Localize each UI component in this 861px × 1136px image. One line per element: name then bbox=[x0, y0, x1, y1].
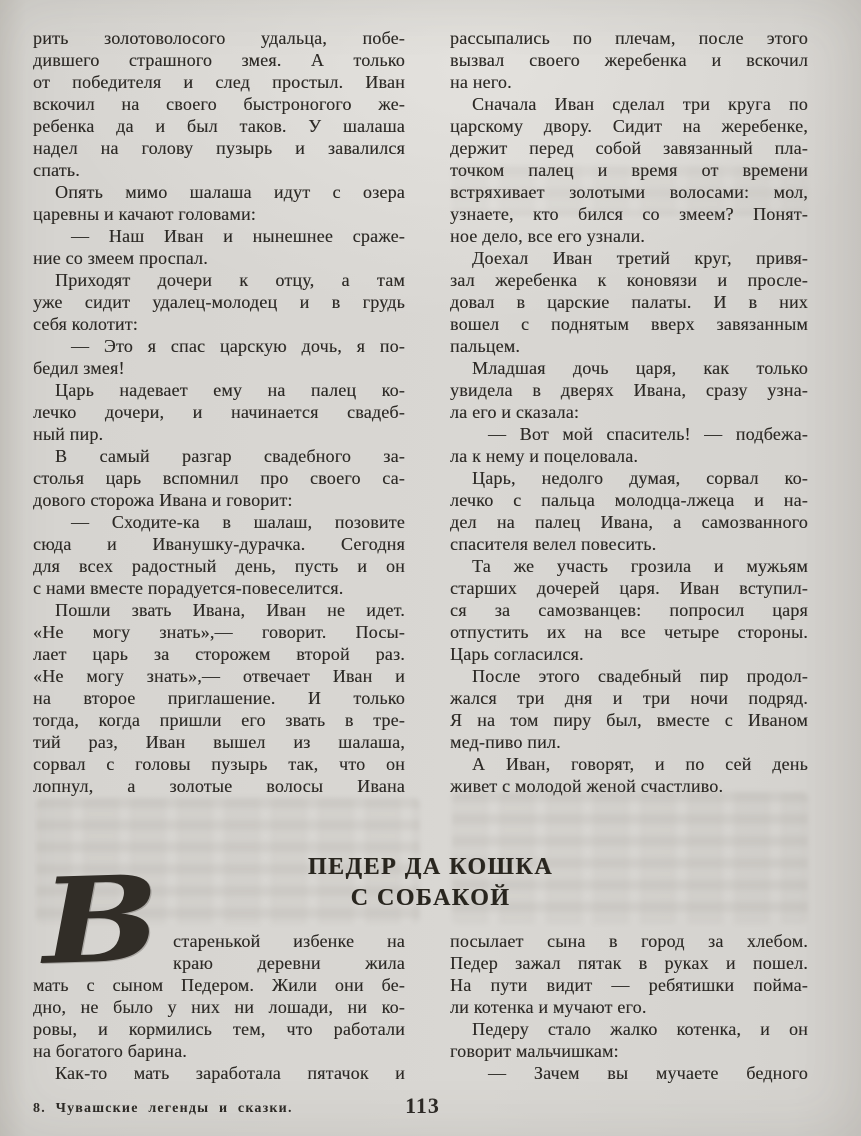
story2-right-column: посылает сына в город за хлебом.Педер за… bbox=[450, 930, 808, 1084]
text-line: В самый разгар свадебного за- bbox=[33, 445, 405, 467]
text-line: «Не могу знать»,— говорит. Посы- bbox=[33, 621, 405, 643]
text-line: старенькой избенке на bbox=[173, 930, 405, 952]
paragraph: — Вот мой спаситель! — подбежа-ла к нему… bbox=[450, 423, 808, 467]
text-line: — Зачем вы мучаете бедного bbox=[450, 1062, 808, 1084]
page-number: 113 bbox=[0, 1093, 845, 1119]
text-line: сюда и Иванушку-дурачка. Сегодня bbox=[33, 533, 405, 555]
text-line: держит перед собой завязанный пла- bbox=[450, 137, 808, 159]
text-line: ный пир. bbox=[33, 423, 405, 445]
book-page: рить золотоволосого удальца, побе-дившег… bbox=[0, 0, 861, 1136]
paragraph: Как-то мать заработала пятачок и bbox=[33, 1062, 405, 1084]
text-line: старших дочерей царя. Иван вступил- bbox=[450, 577, 808, 599]
text-line: ла его и сказала: bbox=[450, 401, 808, 423]
paragraph: А Иван, говорят, и по сей деньживет с мо… bbox=[450, 753, 808, 797]
paragraph: — Наш Иван и нынешнее сраже-ние со змеем… bbox=[33, 225, 405, 269]
text-line: лечко дочери, и начинается свадеб- bbox=[33, 401, 405, 423]
text-line: жался три дня и три ночи подряд. bbox=[450, 687, 808, 709]
paragraph: посылает сына в город за хлебом.Педер за… bbox=[450, 930, 808, 1018]
text-line: дившего страшного змея. А только bbox=[33, 49, 405, 71]
text-line: надел на голову пузырь и завалился bbox=[33, 137, 405, 159]
story2-left-column: старенькой избенке накраю деревни жилама… bbox=[33, 930, 405, 1084]
text-line: Как-то мать заработала пятачок и bbox=[33, 1062, 405, 1084]
text-line: — Сходите-ка в шалаш, позовите bbox=[33, 511, 405, 533]
text-line: лечко с пальца молодца-лжеца и на- bbox=[450, 489, 808, 511]
paragraph: старенькой избенке накраю деревни жилама… bbox=[33, 930, 405, 1062]
text-line: на богатого барина. bbox=[33, 1040, 405, 1062]
text-line: Та же участь грозила и мужьям bbox=[450, 555, 808, 577]
text-line: с нами вместе порадуется-повеселится. bbox=[33, 577, 405, 599]
text-line: Пошли звать Ивана, Иван не идет. bbox=[33, 599, 405, 621]
text-line: ла к нему и поцеловала. bbox=[450, 445, 808, 467]
text-line: Я на том пиру был, вместе с Иваном bbox=[450, 709, 808, 731]
text-line: рить золотоволосого удальца, побе- bbox=[33, 27, 405, 49]
text-line: Педер зажал пятак в руках и пошел. bbox=[450, 952, 808, 974]
paragraph: Сначала Иван сделал три круга поцарскому… bbox=[450, 93, 808, 247]
text-line: краю деревни жила bbox=[173, 952, 405, 974]
paragraph: В самый разгар свадебного за-столья царь… bbox=[33, 445, 405, 511]
paragraph: Царь, недолго думая, сорвал ко-лечко с п… bbox=[450, 467, 808, 555]
text-line: Царь, недолго думая, сорвал ко- bbox=[450, 467, 808, 489]
text-line: Доехал Иван третий круг, привя- bbox=[450, 247, 808, 269]
text-line: узнаете, кто бился со змеем? Понят- bbox=[450, 203, 808, 225]
text-line: ровы, и кормились тем, что работали bbox=[33, 1018, 405, 1040]
text-line: от победителя и след простыл. Иван bbox=[33, 71, 405, 93]
text-line: дел на палец Ивана, а самозванного bbox=[450, 511, 808, 533]
text-line: На пути видит — ребятишки пойма- bbox=[450, 974, 808, 996]
paragraph: После этого свадебный пир продол-жался т… bbox=[450, 665, 808, 753]
text-line: А Иван, говорят, и по сей день bbox=[450, 753, 808, 775]
text-line: лает царь за сторожем второй раз. bbox=[33, 643, 405, 665]
paragraph: Доехал Иван третий круг, привя-зал жереб… bbox=[450, 247, 808, 357]
text-line: вызвал своего жеребенка и вскочил bbox=[450, 49, 808, 71]
text-line: ное дело, все его узнали. bbox=[450, 225, 808, 247]
paragraph: Младшая дочь царя, как толькоувидела в д… bbox=[450, 357, 808, 423]
text-line: рассыпались по плечам, после этого bbox=[450, 27, 808, 49]
text-line: себя колотит: bbox=[33, 313, 405, 335]
text-line: ся за самозванцев: попросил царя bbox=[450, 599, 808, 621]
text-line: отпустить их на все четыре стороны. bbox=[450, 621, 808, 643]
paragraph: Приходят дочери к отцу, а тамуже сидит у… bbox=[33, 269, 405, 335]
paragraph: Педеру стало жалко котенка, и онговорит … bbox=[450, 1018, 808, 1062]
paragraph: Пошли звать Ивана, Иван не идет.«Не могу… bbox=[33, 599, 405, 797]
text-line: довал в царские палаты. И в них bbox=[450, 291, 808, 313]
text-line: уже сидит удалец-молодец и в грудь bbox=[33, 291, 405, 313]
text-line: дно, не было у них ни лошади, ни ко- bbox=[33, 996, 405, 1018]
text-line: «Не могу знать»,— отвечает Иван и bbox=[33, 665, 405, 687]
text-line: царевны и качают головами: bbox=[33, 203, 405, 225]
paragraph: рассыпались по плечам, после этоговызвал… bbox=[450, 27, 808, 93]
text-line: на него. bbox=[450, 71, 808, 93]
text-line: Царь согласился. bbox=[450, 643, 808, 665]
paragraph: — Зачем вы мучаете бедного bbox=[450, 1062, 808, 1084]
text-line: мать с сыном Педером. Жили они бе- bbox=[33, 974, 405, 996]
text-line: вошел с поднятым вверх завязанным bbox=[450, 313, 808, 335]
text-line: ребенка да и был таков. У шалаша bbox=[33, 115, 405, 137]
text-line: — Наш Иван и нынешнее сраже- bbox=[33, 225, 405, 247]
text-line: пальцем. bbox=[450, 335, 808, 357]
text-line: Педеру стало жалко котенка, и он bbox=[450, 1018, 808, 1040]
text-line: живет с молодой женой счастливо. bbox=[450, 775, 808, 797]
text-line: встряхивает золотыми волосами: мол, bbox=[450, 181, 808, 203]
text-line: После этого свадебный пир продол- bbox=[450, 665, 808, 687]
text-line: вскочил на своего быстроногого же- bbox=[33, 93, 405, 115]
text-line: ние со змеем проспал. bbox=[33, 247, 405, 269]
text-line: зал жеребенка к коновязи и просле- bbox=[450, 269, 808, 291]
text-line: — Вот мой спаситель! — подбежа- bbox=[450, 423, 808, 445]
text-line: тий раз, Иван вышел из шалаша, bbox=[33, 731, 405, 753]
text-line: столья царь вспомнил про своего са- bbox=[33, 467, 405, 489]
text-line: бедил змея! bbox=[33, 357, 405, 379]
text-line: точком палец и время от времени bbox=[450, 159, 808, 181]
text-line: царскому двору. Сидит на жеребенке, bbox=[450, 115, 808, 137]
text-line: увидела в дверях Ивана, сразу узна- bbox=[450, 379, 808, 401]
text-line: лопнул, а золотые волосы Ивана bbox=[33, 775, 405, 797]
text-line: — Это я спас царскую дочь, я по- bbox=[33, 335, 405, 357]
text-line: Опять мимо шалаша идут с озера bbox=[33, 181, 405, 203]
text-line: посылает сына в город за хлебом. bbox=[450, 930, 808, 952]
text-line: спасителя велел повесить. bbox=[450, 533, 808, 555]
text-line: спать. bbox=[33, 159, 405, 181]
text-line: ли котенка и мучают его. bbox=[450, 996, 808, 1018]
text-line: Младшая дочь царя, как только bbox=[450, 357, 808, 379]
paragraph: рить золотоволосого удальца, побе-дившег… bbox=[33, 27, 405, 181]
text-line: говорит мальчишкам: bbox=[450, 1040, 808, 1062]
paragraph: Та же участь грозила и мужьямстарших доч… bbox=[450, 555, 808, 665]
paragraph: Царь надевает ему на палец ко-лечко доче… bbox=[33, 379, 405, 445]
text-line: Сначала Иван сделал три круга по bbox=[450, 93, 808, 115]
text-line: на второе приглашение. И только bbox=[33, 687, 405, 709]
paragraph: Опять мимо шалаша идут с озерацаревны и … bbox=[33, 181, 405, 225]
paragraph: — Это я спас царскую дочь, я по-бедил зм… bbox=[33, 335, 405, 379]
text-line: Царь надевает ему на палец ко- bbox=[33, 379, 405, 401]
text-line: мед-пиво пил. bbox=[450, 731, 808, 753]
text-line: тогда, когда пришли его звать в тре- bbox=[33, 709, 405, 731]
text-line: сорвал с головы пузырь так, что он bbox=[33, 753, 405, 775]
paragraph: — Сходите-ка в шалаш, позовитесюда и Ива… bbox=[33, 511, 405, 599]
story1-right-column: рассыпались по плечам, после этоговызвал… bbox=[450, 27, 808, 797]
text-line: дового сторожа Ивана и говорит: bbox=[33, 489, 405, 511]
text-line: для всех радостный день, пусть и он bbox=[33, 555, 405, 577]
text-line: Приходят дочери к отцу, а там bbox=[33, 269, 405, 291]
story1-left-column: рить золотоволосого удальца, побе-дившег… bbox=[33, 27, 405, 797]
